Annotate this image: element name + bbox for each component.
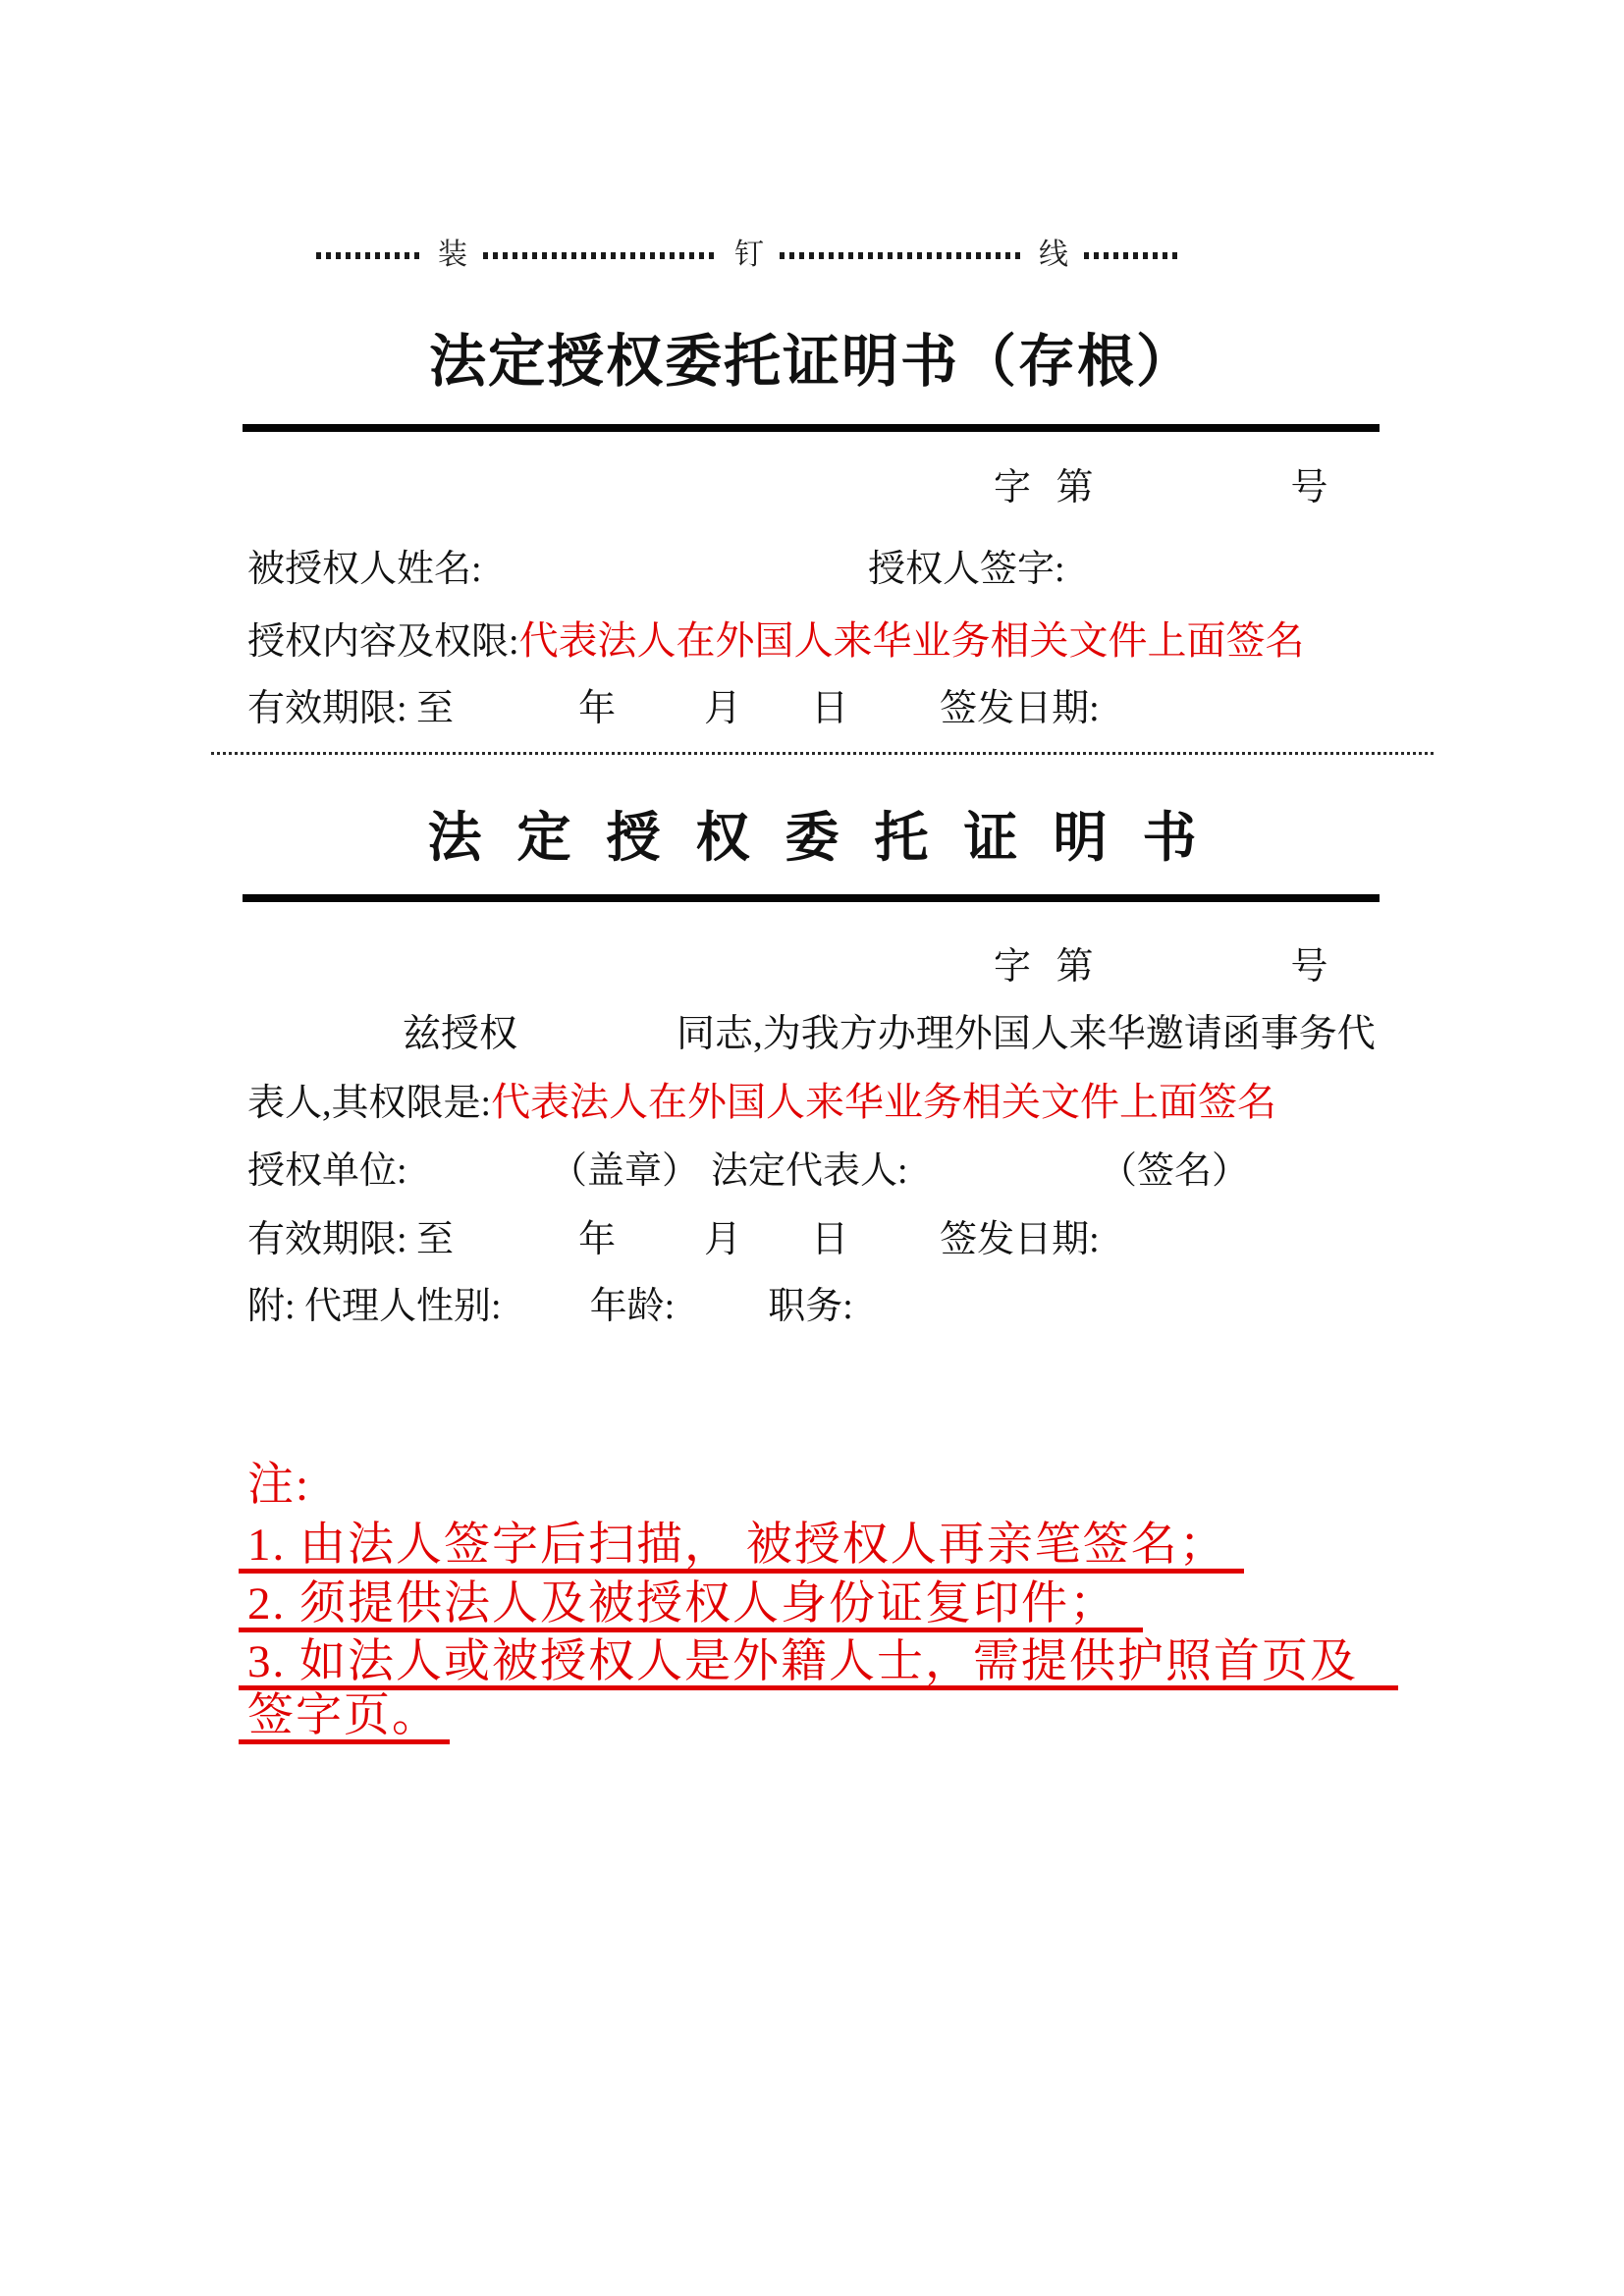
serial-suffix: 号: [1291, 946, 1328, 988]
certificate-attach-row: 附: 代理人性别:年龄:职务:: [247, 1288, 853, 1325]
note-line-2: 2. 须提供法人及被授权人身份证复印件；: [239, 1581, 1143, 1632]
month-label: 月: [704, 688, 741, 729]
note-line-3: 3. 如法人或被授权人是外籍人士，需提供护照首页及: [239, 1639, 1398, 1690]
attach-gender-label: 附: 代理人性别:: [247, 1286, 502, 1327]
certificate-sign-label: （签名）: [1100, 1152, 1249, 1190]
day-label: 日: [811, 1219, 848, 1260]
binding-label-xian: 线: [1039, 240, 1068, 270]
stub-scope-label: 授权内容及权限:: [247, 621, 519, 663]
serial-prefix: 字 第: [994, 467, 1102, 508]
dotted-segment: [1084, 252, 1182, 259]
stub-scope-value: 代表法人在外国人来华业务相关文件上面签名: [519, 618, 1305, 663]
stub-authorizer-sign-label: 授权人签字:: [868, 551, 1065, 588]
title-rule: [243, 424, 1380, 432]
certificate-validity-label: 有效期限: 至: [247, 1219, 454, 1260]
certificate-serial-row: 字 第号: [994, 948, 1328, 986]
binding-label-ding: 钉: [734, 240, 764, 270]
issue-date-label: 签发日期:: [940, 688, 1100, 729]
serial-prefix: 字 第: [994, 946, 1102, 988]
certificate-validity-row: 有效期限: 至年月日签发日期:: [247, 1221, 1100, 1258]
certificate-authorize-lead: 兹授权: [403, 1015, 517, 1053]
binding-line: 装 钉 线: [316, 236, 1298, 275]
certificate-scope-row: 表人,其权限是:代表法人在外国人来华业务相关文件上面签名: [247, 1083, 1276, 1122]
notes-heading: 注:: [247, 1463, 310, 1509]
note-line-4: 签字页。: [239, 1693, 450, 1744]
stub-validity-row: 有效期限: 至年月日签发日期:: [247, 690, 1100, 727]
year-label: 年: [578, 1219, 616, 1260]
stub-title: 法定授权委托证明书（存根）: [0, 334, 1624, 391]
stub-scope-row: 授权内容及权限:代表法人在外国人来华业务相关文件上面签名: [247, 621, 1305, 661]
cut-line: [211, 752, 1435, 755]
issue-date-label: 签发日期:: [940, 1219, 1100, 1260]
title-rule: [243, 894, 1380, 902]
document-page: 装 钉 线 法定授权委托证明书（存根） 字 第号 被授权人姓名: 授权人签字: …: [0, 0, 1624, 2296]
certificate-scope-label: 表人,其权限是:: [247, 1083, 491, 1124]
certificate-title: 法定授权委托证明书: [0, 811, 1624, 865]
position-label: 职务:: [768, 1286, 853, 1327]
dotted-segment: [483, 252, 719, 259]
binding-label-zhuang: 装: [438, 240, 467, 270]
certificate-authorize-rest: 同志,为我方办理外国人来华邀请函事务代: [677, 1015, 1376, 1053]
day-label: 日: [811, 688, 848, 729]
month-label: 月: [704, 1219, 741, 1260]
stub-validity-label: 有效期限: 至: [247, 688, 454, 729]
certificate-legal-rep-label: 法定代表人:: [711, 1152, 908, 1190]
stub-serial-row: 字 第号: [994, 469, 1328, 507]
age-label: 年龄:: [590, 1286, 676, 1327]
note-line-1: 1. 由法人签字后扫描， 被授权人再亲笔签名；: [239, 1522, 1244, 1574]
certificate-seal-label: （盖章）: [550, 1152, 699, 1190]
dotted-segment: [316, 252, 422, 259]
certificate-unit-label: 授权单位:: [247, 1152, 407, 1190]
certificate-scope-value: 代表法人在外国人来华业务相关文件上面签名: [491, 1080, 1276, 1124]
dotted-segment: [780, 252, 1023, 259]
year-label: 年: [578, 688, 616, 729]
stub-authorized-name-label: 被授权人姓名:: [247, 551, 482, 588]
serial-suffix: 号: [1291, 467, 1328, 508]
